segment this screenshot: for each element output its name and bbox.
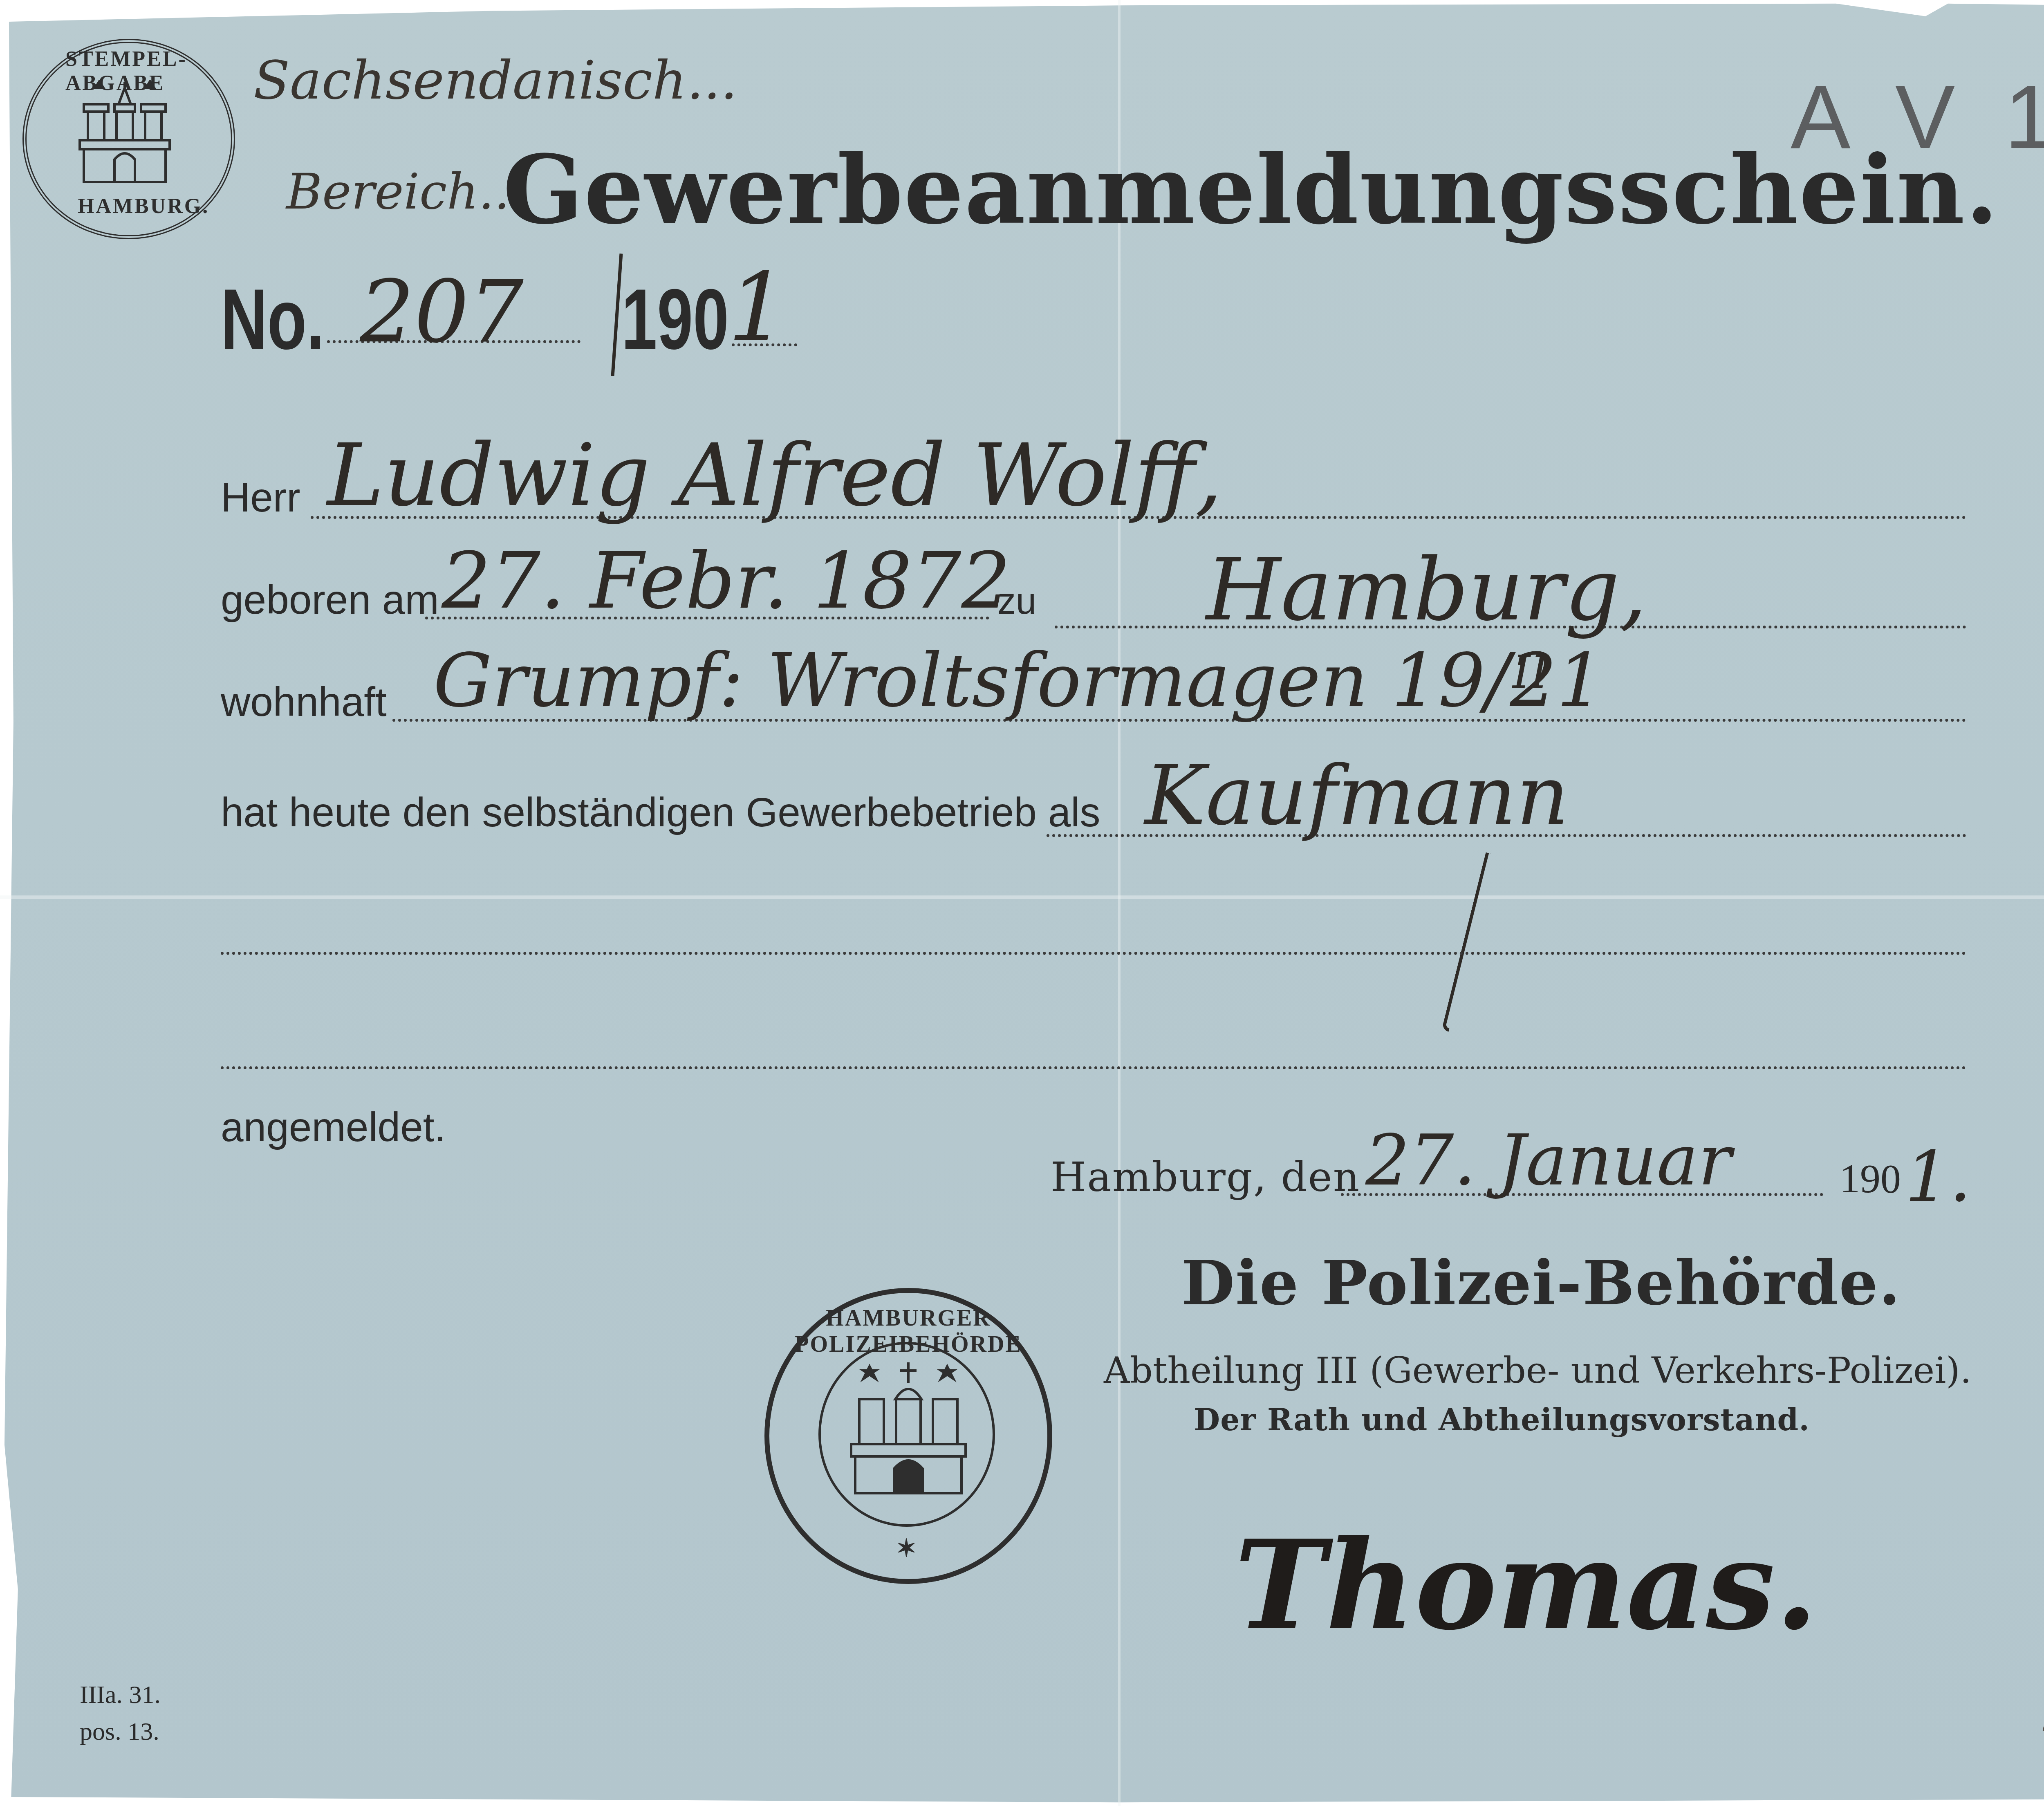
geboren-zu-label: zu — [997, 581, 1036, 623]
place-date-label: Hamburg, den — [1051, 1153, 1360, 1201]
police-seal-star-icon: ✶ — [896, 1534, 917, 1563]
stamp-seal-bottom-text: HAMBURG. — [78, 194, 209, 218]
official-signature: Thomas. — [1235, 1513, 1818, 1657]
wohnhaft-value[interactable]: Grumpf: Wroltsformagen 19/21 — [433, 638, 1603, 723]
stamp-tax-seal: STEMPEL-ABGABE HAMBURG. — [22, 39, 235, 239]
year-prefix: 190 — [621, 270, 729, 369]
geboren-value[interactable]: 27. Febr. 1872 — [442, 536, 1011, 626]
date-value[interactable]: 27. Januar — [1365, 1120, 1732, 1201]
herr-value[interactable]: Ludwig Alfred Wolff, — [327, 425, 1222, 525]
number-label: No. — [221, 270, 325, 369]
handwritten-annotation-line1: Sachsendanisch... — [253, 49, 737, 111]
blank-dotted-line-1[interactable] — [221, 952, 1966, 955]
year-dotted-line — [732, 343, 797, 346]
form-code-line1: IIIa. 31. — [80, 1680, 161, 1710]
geboren-place[interactable]: Hamburg, — [1206, 540, 1647, 640]
herr-label: Herr — [221, 474, 300, 521]
police-seal-text: HAMBURGER POLIZEIBEHÖRDE — [786, 1305, 1031, 1357]
fold-crease-horizontal — [0, 895, 2044, 899]
date-year-suffix[interactable]: 1. — [1905, 1137, 1971, 1218]
stamp-seal-top-text: STEMPEL-ABGABE — [65, 47, 231, 95]
form-code-line2: pos. 13. — [80, 1717, 159, 1746]
wohnhaft-floor[interactable]: II — [1513, 646, 1548, 698]
authority-official: Der Rath und Abtheilungsvorstand. — [1194, 1402, 1810, 1438]
hamburg-castle-icon — [76, 80, 174, 186]
gewerbe-value[interactable]: Kaufmann — [1145, 748, 1569, 844]
document-title: Gewerbeanmeldungsschein. — [503, 135, 1999, 245]
fold-crease-vertical — [1118, 0, 1121, 1806]
angemeldet-text: angemeldet. — [221, 1104, 446, 1151]
authority-name: Die Polizei-Behörde. — [1181, 1247, 1901, 1319]
authority-department: Abtheilung III (Gewerbe- und Verkehrs-Po… — [1104, 1349, 1972, 1391]
handwritten-annotation-line2: Bereich... — [286, 164, 525, 220]
hamburg-castle-icon — [847, 1358, 970, 1497]
police-seal: HAMBURGER POLIZEIBEHÖRDE ✶ — [764, 1288, 1052, 1584]
blank-dotted-line-2[interactable] — [221, 1066, 1966, 1069]
gewerbe-label: hat heute den selbständigen Gewerbebetri… — [221, 789, 1100, 836]
geboren-label: geboren am — [221, 577, 439, 624]
wohnhaft-label: wohnhaft — [221, 679, 387, 726]
number-value[interactable]: 207 — [360, 262, 524, 362]
date-year-prefix: 190 — [1840, 1155, 1901, 1202]
